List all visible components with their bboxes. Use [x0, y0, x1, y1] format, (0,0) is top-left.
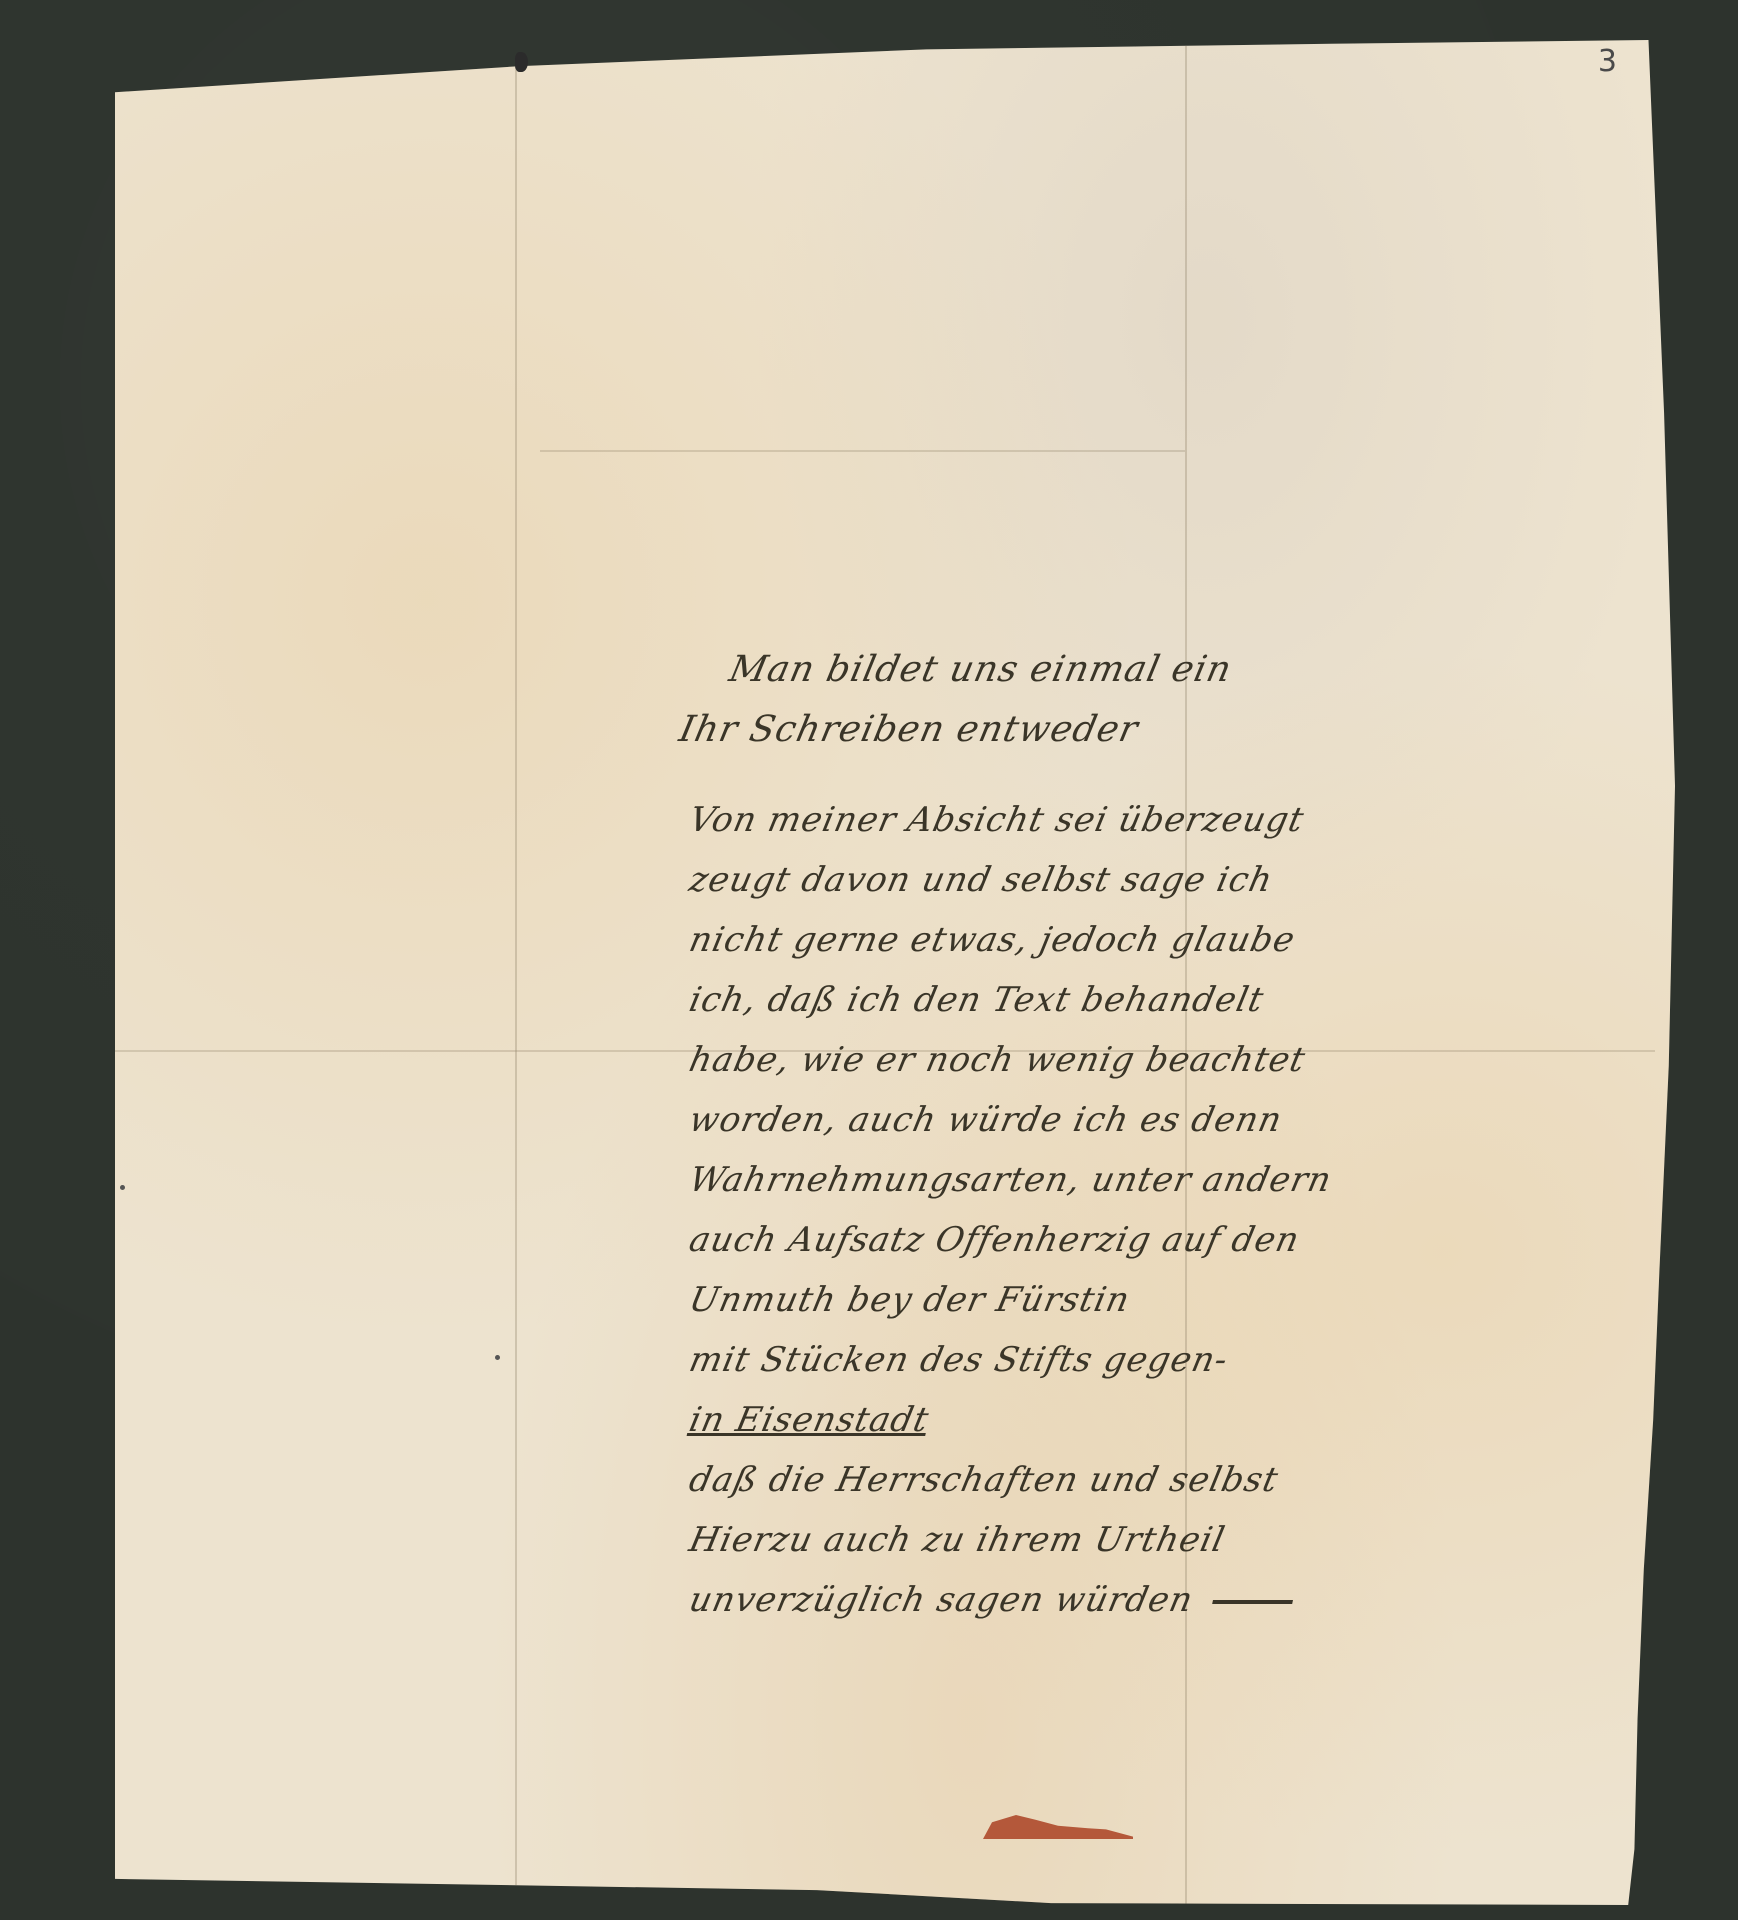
- body-line: Wahrnehmungsarten, unter andern: [684, 1150, 1347, 1210]
- body-line: auch Aufsatz Offenherzig auf den: [684, 1210, 1347, 1270]
- speck: [120, 1185, 125, 1190]
- body-line: zeugt davon und selbst sage ich: [684, 850, 1347, 910]
- fold-line-vertical-left: [515, 40, 517, 1905]
- closing-dash: [1212, 1600, 1293, 1604]
- body-line: Hierzu auch zu ihrem Urtheil: [684, 1510, 1347, 1570]
- page-number: 3: [1598, 44, 1617, 79]
- opening-line-1: Man bildet uns einmal ein: [724, 640, 1347, 700]
- letter-body: Von meiner Absicht sei überzeugt zeugt d…: [690, 790, 1340, 1630]
- speck: [495, 1355, 500, 1360]
- body-line: worden, auch würde ich es denn: [684, 1090, 1347, 1150]
- opening-line-2: Ihr Schreiben entweder: [674, 700, 1347, 760]
- underlined-phrase: in Eisenstadt: [686, 1400, 933, 1440]
- letter-opening: Man bildet uns einmal ein Ihr Schreiben …: [730, 640, 1340, 760]
- handwritten-letter: Man bildet uns einmal ein Ihr Schreiben …: [690, 640, 1340, 1630]
- final-line-text: unverzüglich sagen würden: [686, 1580, 1197, 1620]
- body-line-underlined: in Eisenstadt: [684, 1390, 1347, 1450]
- body-line: ich, daß ich den Text behandelt: [684, 970, 1347, 1030]
- body-line: mit Stücken des Stifts gegen-: [684, 1330, 1347, 1390]
- body-line: Unmuth bey der Fürstin: [684, 1270, 1347, 1330]
- body-line: nicht gerne etwas, jedoch glaube: [684, 910, 1347, 970]
- fold-line-horizontal-top: [540, 450, 1185, 452]
- body-line: Von meiner Absicht sei überzeugt: [684, 790, 1347, 850]
- body-line: daß die Herrschaften und selbst: [684, 1450, 1347, 1510]
- body-line: habe, wie er noch wenig beachtet: [684, 1030, 1347, 1090]
- ink-blot: [515, 52, 528, 72]
- body-line-final: unverzüglich sagen würden: [684, 1570, 1347, 1630]
